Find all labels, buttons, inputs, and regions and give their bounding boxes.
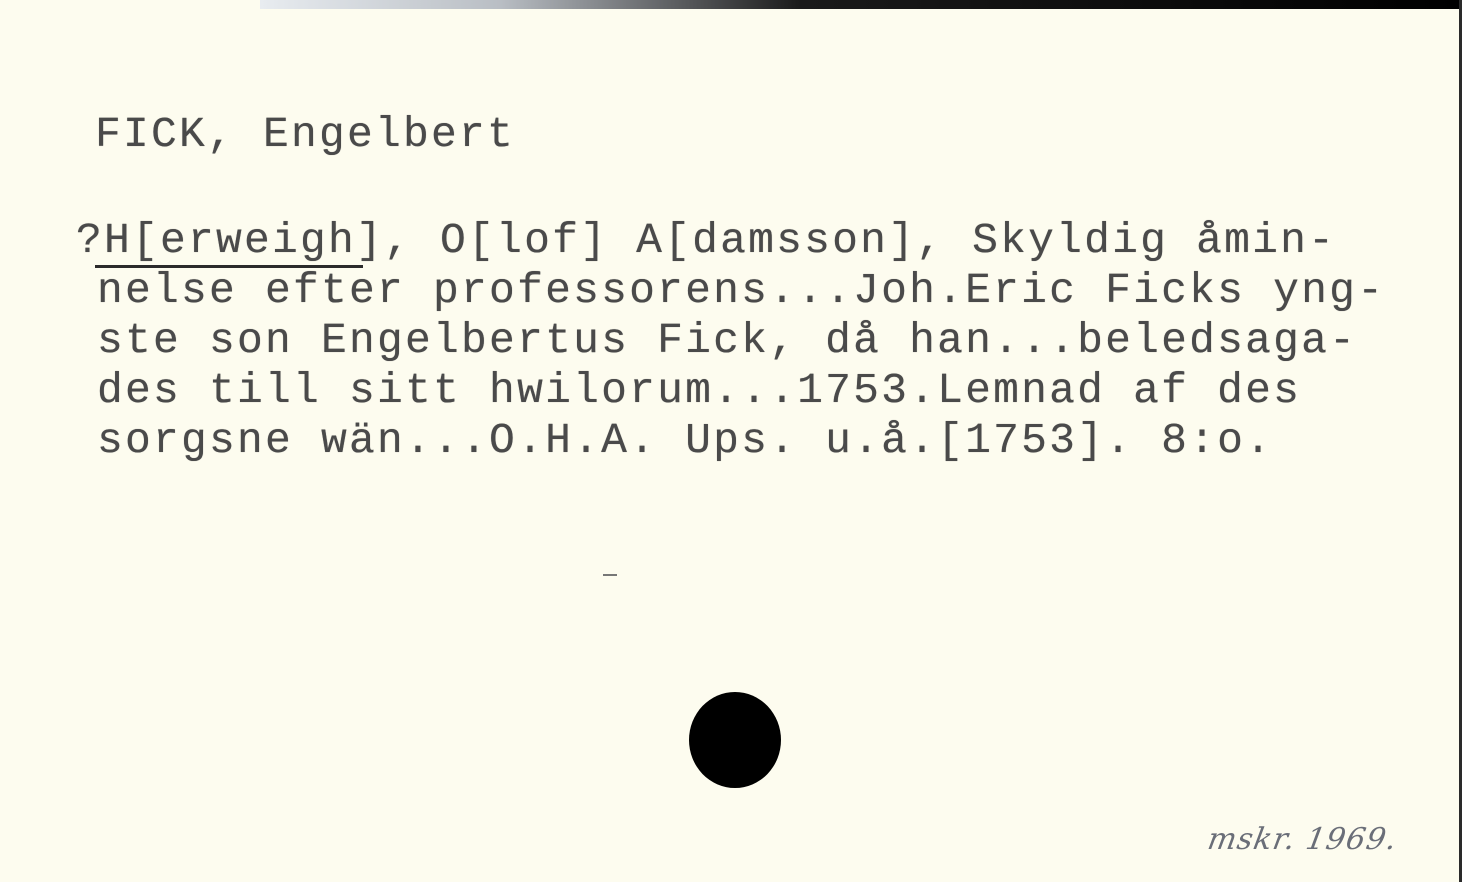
entry-line-3: ste son Engelbertus Fick, då han...beled…	[97, 316, 1357, 366]
punch-hole-icon	[689, 692, 781, 788]
stray-mark	[603, 574, 617, 576]
entry-line-1: ?H[erweigh], O[lof] A[damsson], Skyldig …	[76, 216, 1336, 266]
entry-line-4: des till sitt hwilorum...1753.Lemnad af …	[97, 366, 1301, 416]
card-heading: FICK, Engelbert	[95, 110, 515, 160]
card-top-edge	[260, 0, 1462, 9]
catalog-card: FICK, Engelbert ?H[erweigh], O[lof] A[da…	[0, 0, 1462, 882]
entry-line-2: nelse efter professorens...Joh.Eric Fick…	[97, 266, 1385, 316]
handwritten-note: mskr. 1969.	[1205, 822, 1400, 857]
entry-line-5: sorgsne wän...O.H.A. Ups. u.å.[1753]. 8:…	[97, 416, 1273, 466]
